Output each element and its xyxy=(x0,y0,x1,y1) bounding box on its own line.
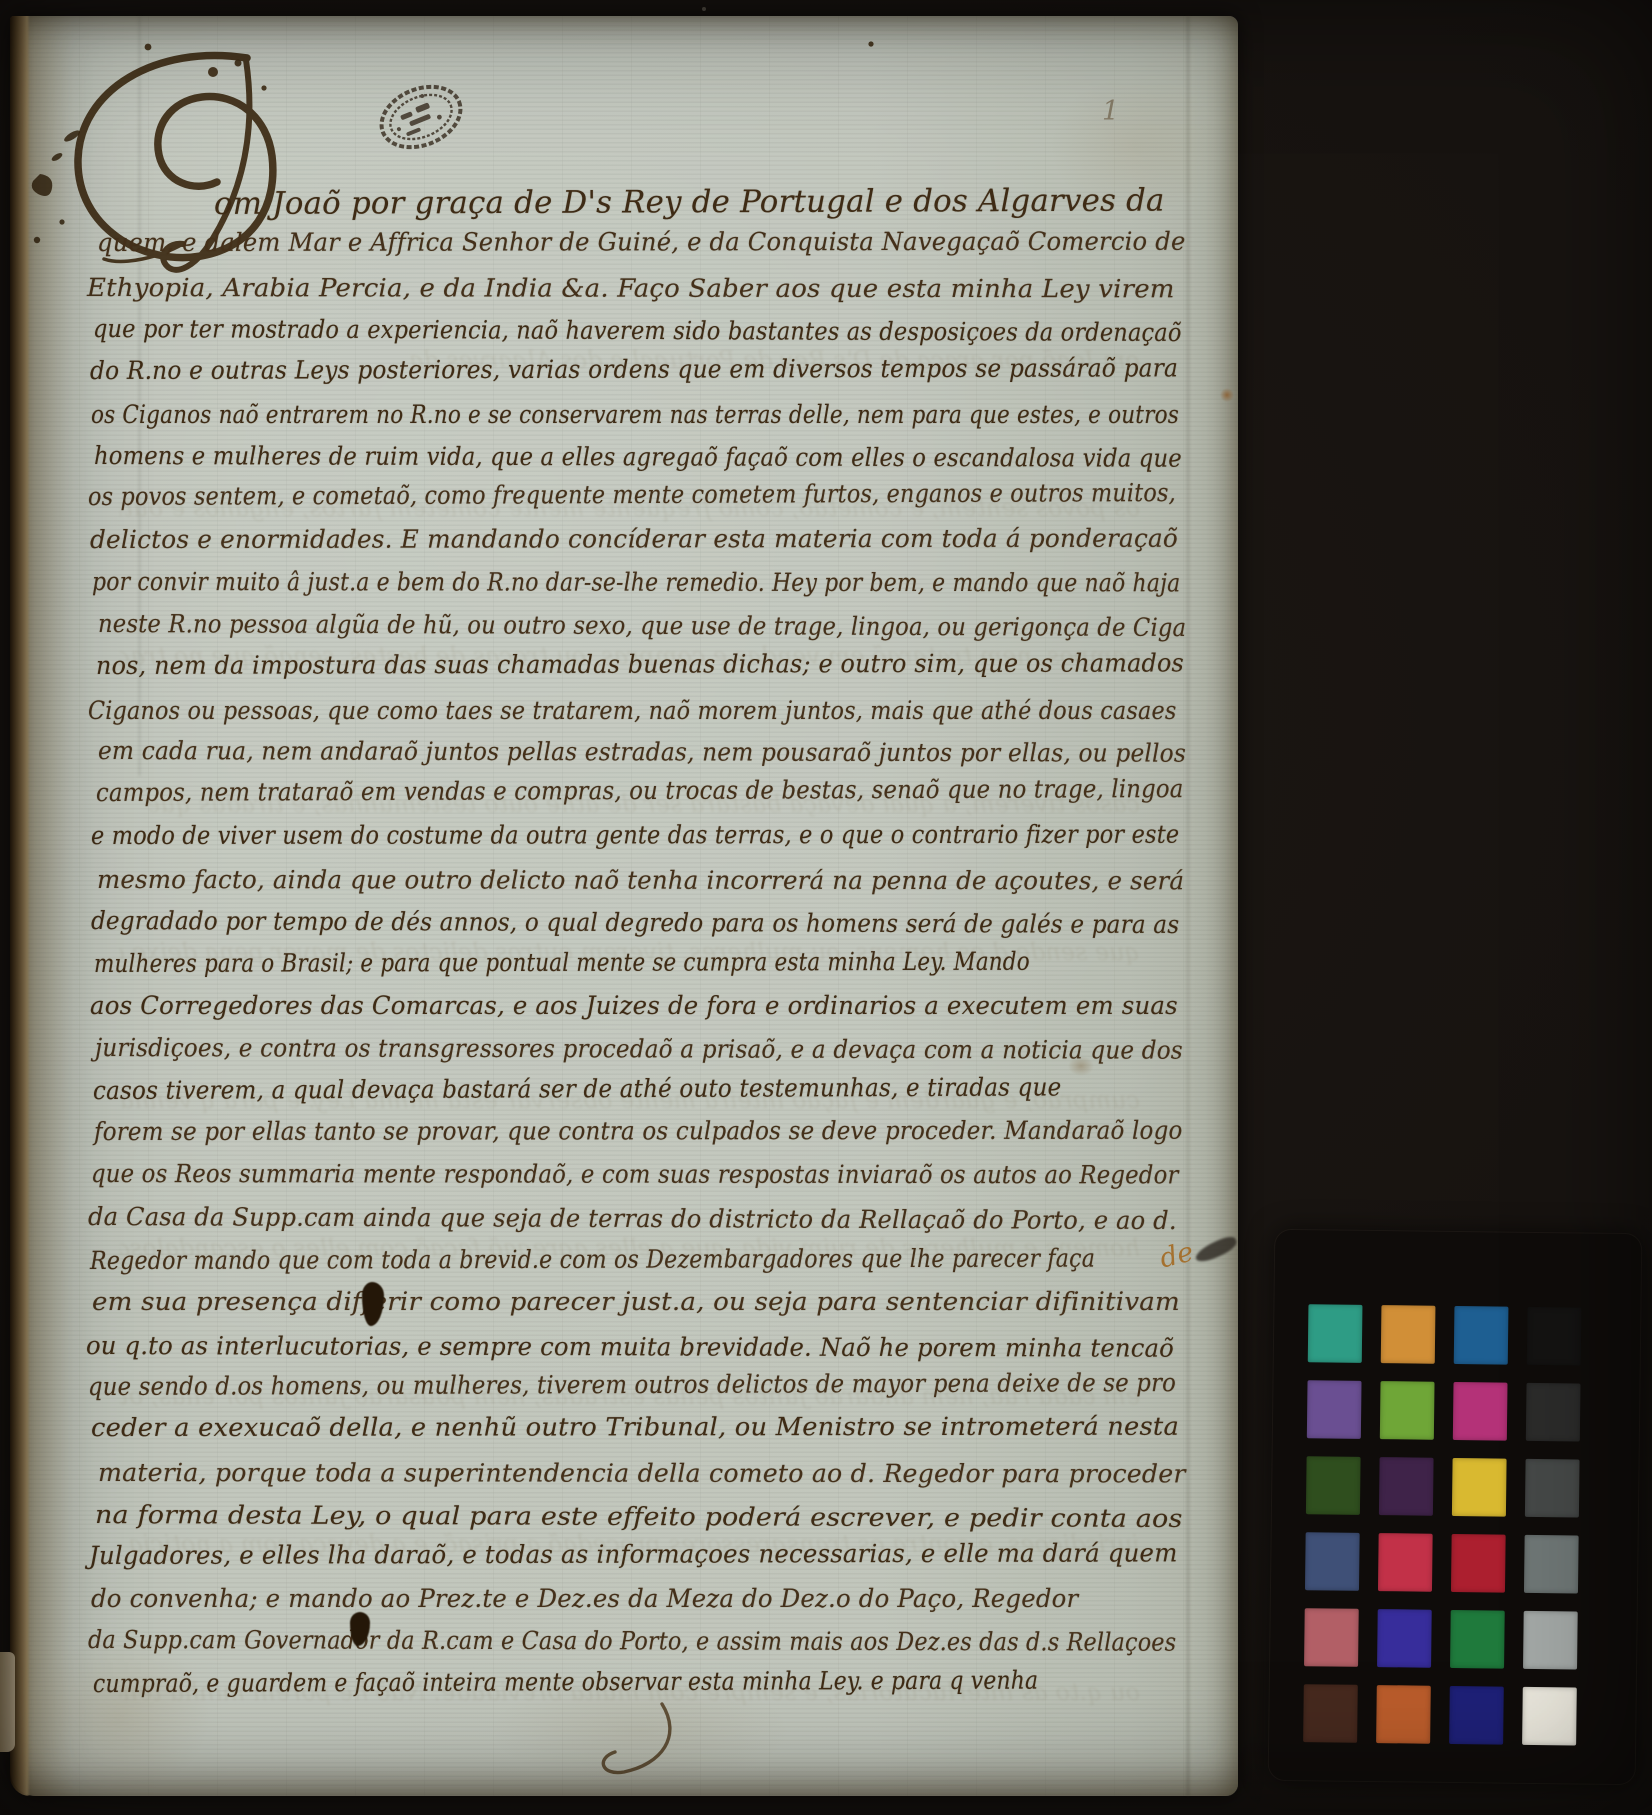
color-swatch xyxy=(1381,1305,1436,1364)
color-swatch xyxy=(1523,1611,1578,1670)
manuscript-line: em cada rua, nem andaraõ juntos pellas e… xyxy=(98,736,1186,768)
photo-background: om Joaõ por graça de D's Rey de Portugal… xyxy=(0,0,1652,1815)
color-swatch xyxy=(1380,1381,1435,1440)
color-swatch xyxy=(1450,1610,1505,1669)
manuscript-line: homens e mulheres de ruim vida, que a el… xyxy=(94,441,1182,473)
color-swatch xyxy=(1453,1382,1508,1441)
color-checker-card xyxy=(1269,1230,1642,1784)
color-swatch xyxy=(1526,1383,1581,1442)
manuscript-line: aos Corregedores das Comarcas, e aos Jui… xyxy=(90,991,1178,1020)
color-swatch xyxy=(1307,1380,1362,1439)
manuscript-line: que por ter mostrado a experiencia, naõ … xyxy=(93,314,1182,347)
color-swatch xyxy=(1524,1535,1579,1594)
manuscript-line: quem, e dalem Mar e Affrica Senhor de Gu… xyxy=(97,227,1186,257)
color-swatch xyxy=(1306,1456,1361,1515)
manuscript-line: da Casa da Supp.cam ainda que seja de te… xyxy=(88,1202,1177,1235)
manuscript-line: do R.no e outras Leys posteriores, varia… xyxy=(90,353,1178,385)
manuscript-line: jurisdiçoes, e contra os transgressores … xyxy=(95,1033,1183,1065)
manuscript-line: na forma desta Ley, o qual para este eff… xyxy=(95,1500,1183,1533)
color-swatch xyxy=(1303,1684,1358,1743)
color-swatch xyxy=(1376,1685,1431,1744)
manuscript-line: Regedor mando que com toda a brevid.e co… xyxy=(90,1244,1095,1275)
manuscript-line: os Ciganos naõ entrarem no R.no e se con… xyxy=(91,400,1179,429)
manuscript-line: que os Reos summaria mente respondaõ, e … xyxy=(91,1159,1179,1189)
manuscript-line: om Joaõ por graça de D's Rey de Portugal… xyxy=(214,183,1165,222)
folio-number: 1 xyxy=(1102,96,1119,127)
manuscript-text: om Joaõ por graça de D's Rey de Portugal… xyxy=(10,16,1238,1796)
manuscript-line: materia, porque toda a superintendencia … xyxy=(98,1458,1186,1488)
manuscript-line: da Supp.cam Governador da R.cam e Casa d… xyxy=(88,1625,1176,1657)
color-swatch xyxy=(1451,1534,1506,1593)
dust-speck xyxy=(702,7,706,11)
manuscript-line: Ethyopia, Arabia Percia, e da India &a. … xyxy=(87,273,1175,303)
color-swatch xyxy=(1308,1304,1363,1363)
manuscript-line: em sua presença differir como parecer ju… xyxy=(92,1287,1180,1316)
manuscript-line: casos tiverem, a qual devaça bastará ser… xyxy=(93,1072,1062,1105)
manuscript-line: os povos sentem, e cometaõ, como frequen… xyxy=(88,478,1176,511)
manuscript-line: que sendo d.os homens, ou mulheres, tive… xyxy=(88,1368,1176,1401)
color-swatch xyxy=(1379,1457,1434,1516)
color-swatch xyxy=(1527,1307,1582,1366)
manuscript-line: do convenha; e mando ao Prez.te e Dez.es… xyxy=(91,1584,1078,1613)
manuscript-line: nos, nem da impostura das suas chamadas … xyxy=(96,648,1184,680)
color-swatch xyxy=(1452,1458,1507,1517)
color-swatch xyxy=(1522,1687,1577,1746)
manuscript-line: Julgadores, e elles lha daraõ, e todas a… xyxy=(89,1538,1178,1570)
manuscript-line: neste R.no pessoa algũa de hũ, ou outro … xyxy=(98,609,1186,642)
manuscript-line: ou q.to as interlucutorias, e sempre com… xyxy=(86,1331,1174,1363)
manuscript-line: campos, nem trataraõ em vendas e compras… xyxy=(96,774,1184,807)
manuscript-line: forem se por ellas tanto se provar, que … xyxy=(94,1116,1183,1146)
manuscript-line: por convir muito â just.a e bem do R.no … xyxy=(92,567,1180,597)
manuscript-line: Ciganos ou pessoas, que como taes se tra… xyxy=(88,696,1176,725)
manuscript-line: delictos e enormidades. E mandando concí… xyxy=(90,524,1178,554)
manuscript-line: ceder a exexucaõ della, e nenhũ outro Tr… xyxy=(91,1412,1179,1442)
manuscript-line: mulheres para o Brasil; e para que pontu… xyxy=(94,947,1030,978)
color-swatch xyxy=(1377,1609,1432,1668)
manuscript-line: mesmo facto, ainda que outro delicto naõ… xyxy=(97,865,1184,895)
color-swatch xyxy=(1525,1459,1580,1518)
color-swatch xyxy=(1449,1686,1504,1745)
manuscript-line: e modo de viver usem do costume da outra… xyxy=(91,820,1179,850)
manuscript-line: cumpraõ, e guardem e façaõ inteira mente… xyxy=(93,1666,1038,1698)
manuscript-page: om Joaõ por graça de D's Rey de Portugal… xyxy=(10,16,1238,1796)
color-swatch xyxy=(1454,1306,1509,1365)
color-swatch xyxy=(1378,1533,1433,1592)
manuscript-line: degradado por tempo de dés annos, o qual… xyxy=(91,906,1179,939)
color-swatch xyxy=(1304,1608,1359,1667)
color-swatch xyxy=(1305,1532,1360,1591)
